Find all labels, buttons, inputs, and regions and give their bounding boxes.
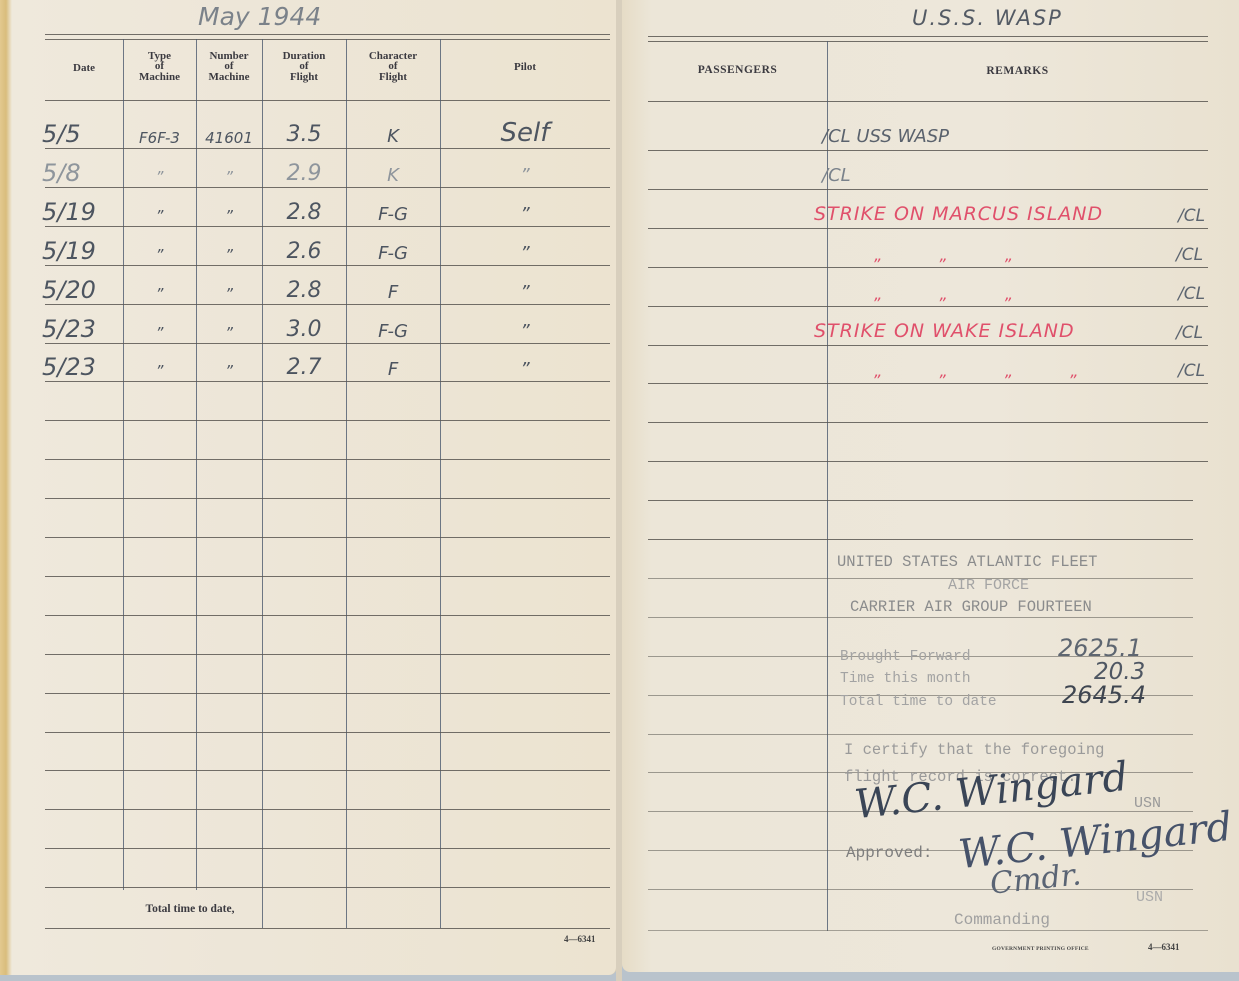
cell-character: F-G [346, 243, 440, 265]
cell-character: K [346, 126, 440, 148]
row-rule [45, 693, 610, 694]
total-to-date-value: 2645.4 [1062, 681, 1146, 709]
col-header-character-line3: Flight [346, 71, 440, 83]
col-header-type-line2: of [123, 62, 196, 71]
cell-type: ” [123, 246, 196, 265]
row-rule [45, 343, 610, 344]
cell-pilot: ” [440, 204, 610, 226]
row-rule [648, 422, 1208, 423]
col-divider [123, 39, 124, 890]
brought-forward-value: 2625.1 [1058, 634, 1142, 662]
initials-mark: /CL [1176, 323, 1203, 343]
cell-number: ” [196, 246, 262, 265]
form-number-right: 4—6341 [1148, 942, 1180, 952]
cell-date: 5/5 [40, 120, 122, 148]
cell-pilot: ” [440, 243, 610, 265]
row-rule [648, 345, 1208, 346]
approved-label: Approved: [846, 844, 932, 862]
cell-pilot: ” [440, 282, 610, 304]
row-rule [45, 615, 610, 616]
col-header-duration-line3: Flight [262, 71, 346, 83]
remark-text-red: STRIKE ON MARCUS ISLAND [814, 203, 1103, 225]
cell-number: ” [196, 207, 262, 226]
row-rule [45, 304, 610, 305]
cell-duration: 3.5 [262, 122, 346, 148]
cell-type: ” [123, 324, 196, 343]
row-rule [648, 734, 1193, 735]
usn-label-1: USN [1134, 795, 1161, 812]
row-rule [648, 617, 1193, 618]
col-header-duration: Duration of Flight [262, 50, 346, 83]
col-header-duration-line2: of [262, 62, 346, 71]
right-page: U.S.S. WASP PASSENGERS REMARKS /CL USS W… [622, 0, 1239, 972]
cell-pilot: ” [440, 165, 610, 187]
row-rule [45, 498, 610, 499]
left-page: May 1944 Date Type of Machine Number of … [0, 0, 617, 975]
row-rule [648, 189, 1208, 190]
commanding-label: Commanding [954, 911, 1050, 929]
remark-text: /CL [822, 165, 851, 186]
cell-date: 5/23 [40, 353, 122, 381]
remark-text-red: ” ” ” [872, 255, 1037, 274]
col-header-character: Character of Flight [346, 50, 440, 83]
row-rule [45, 537, 610, 538]
row-rule [45, 265, 610, 266]
col-header-type: Type of Machine [123, 50, 196, 83]
cell-duration: 2.7 [262, 355, 346, 381]
cell-character: F [346, 282, 440, 304]
remark-text-red: ” ” ” [872, 294, 1037, 313]
cell-date: 5/23 [40, 315, 122, 343]
row-rule [45, 654, 610, 655]
row-rule [45, 187, 610, 188]
col-header-pilot: Pilot [440, 61, 610, 73]
cell-number: ” [196, 324, 262, 343]
row-rule [45, 809, 610, 810]
cell-duration: 2.8 [262, 200, 346, 226]
usn-label-2: USN [1136, 889, 1163, 906]
row-rule [45, 148, 610, 149]
cell-character: F [346, 359, 440, 381]
cell-duration: 2.6 [262, 239, 346, 265]
cell-type: F6F-3 [123, 129, 196, 148]
col-header-number: Number of Machine [196, 50, 262, 83]
col-header-remarks: REMARKS [827, 65, 1208, 77]
header-top-rule-2 [648, 41, 1208, 42]
row-rule [648, 461, 1208, 462]
cell-date: 5/8 [40, 159, 122, 187]
header-bottom-rule [45, 100, 610, 101]
month-heading: May 1944 [198, 2, 321, 31]
row-rule [648, 539, 1193, 540]
brought-forward-label: Brought Forward [840, 649, 971, 665]
stamp-line-3: CARRIER AIR GROUP FOURTEEN [850, 598, 1092, 616]
cell-character: K [346, 165, 440, 187]
col-header-type-line3: Machine [123, 71, 196, 83]
certify-line-1: I certify that the foregoing [844, 741, 1104, 759]
cell-duration: 2.9 [262, 161, 346, 187]
form-number-left: 4—6341 [564, 934, 596, 944]
this-month-label: Time this month [840, 671, 971, 687]
printer-credit: GOVERNMENT PRINTING OFFICE [992, 946, 1089, 952]
total-to-date-label: Total time to date [840, 694, 997, 710]
row-rule [45, 381, 610, 382]
total-time-label: Total time to date, [120, 903, 260, 915]
header-bottom-rule [648, 101, 1208, 102]
pilot-signature: W.C. Wingard [852, 754, 1130, 828]
row-rule [648, 500, 1193, 501]
row-rule [45, 848, 610, 849]
row-rule [45, 576, 610, 577]
row-rule [648, 150, 1208, 151]
cell-pilot: ” [440, 359, 610, 381]
row-rule [45, 226, 610, 227]
header-top-rule [45, 34, 610, 35]
cell-number: ” [196, 285, 262, 304]
initials-mark: /CL [1178, 206, 1205, 226]
stamp-line-2: AIR FORCE [948, 577, 1029, 594]
col-header-number-line2: of [196, 62, 262, 71]
col-header-character-line2: of [346, 62, 440, 71]
initials-mark: /CL [1178, 284, 1205, 304]
row-rule [45, 420, 610, 421]
ship-heading: U.S.S. WASP [912, 6, 1063, 30]
cell-duration: 3.0 [262, 317, 346, 343]
stamp-line-1: UNITED STATES ATLANTIC FLEET [837, 553, 1097, 571]
row-rule [45, 887, 610, 888]
col-header-date: Date [45, 62, 123, 74]
row-rule [648, 889, 1193, 890]
total-bottom-rule [45, 928, 610, 929]
cell-type: ” [123, 168, 196, 187]
cell-number: ” [196, 362, 262, 381]
cell-number: 41601 [196, 129, 262, 148]
remark-text-red: STRIKE ON WAKE ISLAND [814, 320, 1075, 342]
cell-date: 5/19 [40, 198, 122, 226]
cell-character: F-G [346, 321, 440, 343]
col-divider [196, 39, 197, 890]
initials-mark: /CL [1176, 245, 1203, 265]
header-top-rule-2 [45, 39, 610, 40]
remark-text-red: ” ” ” ” [872, 371, 1102, 390]
header-top-rule [648, 36, 1208, 37]
cell-number: ” [196, 168, 262, 187]
row-rule [45, 459, 610, 460]
cell-type: ” [123, 207, 196, 226]
cell-pilot: Self [440, 118, 610, 148]
cell-date: 5/19 [40, 237, 122, 265]
cell-date: 5/20 [40, 276, 122, 304]
footer-rule [648, 930, 1208, 931]
cell-pilot: ” [440, 321, 610, 343]
cell-duration: 2.8 [262, 278, 346, 304]
cell-type: ” [123, 285, 196, 304]
row-rule [648, 578, 1193, 579]
row-rule [648, 228, 1208, 229]
row-rule [45, 770, 610, 771]
initials-mark: /CL [1178, 361, 1205, 381]
cell-character: F-G [346, 204, 440, 226]
remark-text: /CL USS WASP [822, 126, 949, 147]
col-header-number-line3: Machine [196, 71, 262, 83]
col-header-passengers: PASSENGERS [648, 64, 827, 76]
cell-type: ” [123, 362, 196, 381]
row-rule [45, 732, 610, 733]
